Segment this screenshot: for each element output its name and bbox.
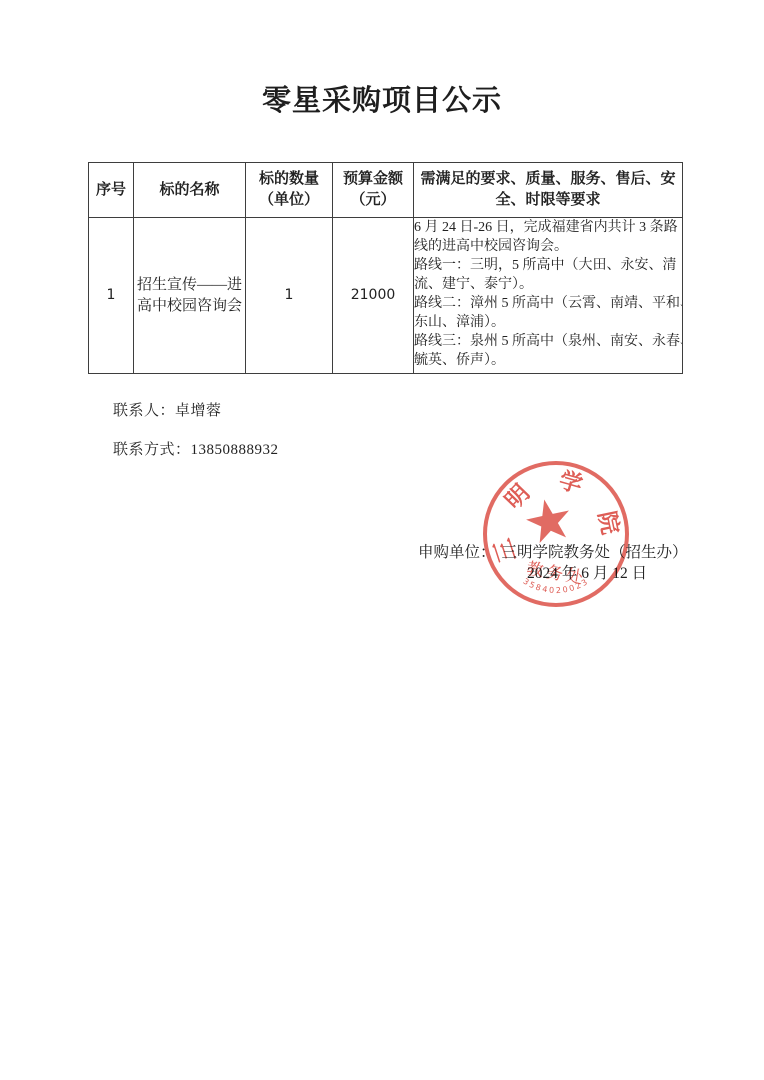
cell-quantity: 1 bbox=[246, 218, 333, 374]
seq-value: 1 bbox=[107, 287, 116, 303]
stamp-arc-char: 院 bbox=[594, 509, 623, 537]
requirement-line: 毓英、侨声）。 bbox=[414, 351, 682, 370]
procurement-table: 序号 标的名称 标的数量 （单位） 预算金额 （元） 需满足的要求、质量、服务、… bbox=[88, 162, 683, 374]
document-page: 零星采购项目公示 序号 标的名称 标的数量 （单位） 预算金额 （元） 需满足 bbox=[0, 0, 764, 1080]
contact-phone: 联系方式：13850888932 bbox=[113, 438, 279, 459]
col-header-budget: 预算金额 （元） bbox=[333, 163, 414, 218]
col-header-budget-line2: （元） bbox=[338, 190, 408, 211]
page-title: 零星采购项目公示 bbox=[0, 78, 764, 119]
col-header-name: 标的名称 bbox=[134, 163, 246, 218]
requirement-line: 路线三：泉州 5 所高中（泉州、南安、永春、 bbox=[414, 332, 682, 351]
col-header-quantity-line1: 标的数量 bbox=[251, 169, 327, 190]
col-header-requirements: 需满足的要求、质量、服务、售后、安全、时限等要求 bbox=[414, 163, 683, 218]
stamp-arc-char: 三 bbox=[490, 536, 521, 566]
requirement-line: 路线二：漳州 5 所高中（云霄、南靖、平和、 bbox=[414, 294, 682, 313]
cell-requirements: 6 月 24 日-26 日，完成福建省内共计 3 条路 线的进高中校园咨询会。 … bbox=[414, 218, 683, 374]
name-line1: 招生宣传——进 bbox=[134, 275, 245, 296]
col-header-budget-line1: 预算金额 bbox=[338, 169, 408, 190]
cell-budget: 21000 bbox=[333, 218, 414, 374]
requirement-line: 路线一：三明，5 所高中（大田、永安、清 bbox=[414, 256, 682, 275]
quantity-value: 1 bbox=[285, 287, 294, 303]
name-line2: 高中校园咨询会 bbox=[134, 296, 245, 317]
requirement-line: 东山、漳浦）。 bbox=[414, 313, 682, 332]
table-row: 1 招生宣传——进 高中校园咨询会 1 21000 6 月 24 日-26 日，… bbox=[89, 218, 683, 374]
requirement-line: 流、建宁、泰宁）。 bbox=[414, 275, 682, 294]
cell-seq: 1 bbox=[89, 218, 134, 374]
official-seal-stamp: 三 明 学 院 教务处 3584020023 bbox=[460, 438, 650, 628]
requirement-line: 6 月 24 日-26 日，完成福建省内共计 3 条路 bbox=[414, 218, 682, 237]
col-header-quantity-line2: （单位） bbox=[251, 190, 327, 211]
budget-value: 21000 bbox=[351, 287, 396, 303]
col-header-seq: 序号 bbox=[89, 163, 134, 218]
cell-name: 招生宣传——进 高中校园咨询会 bbox=[134, 218, 246, 374]
requirement-line: 线的进高中校园咨询会。 bbox=[414, 237, 682, 256]
stamp-star-icon bbox=[523, 495, 574, 545]
col-header-quantity: 标的数量 （单位） bbox=[246, 163, 333, 218]
stamp-arc-char: 学 bbox=[556, 466, 585, 497]
contact-person: 联系人：卓增蓉 bbox=[113, 399, 222, 420]
table-header-row: 序号 标的名称 标的数量 （单位） 预算金额 （元） 需满足的要求、质量、服务、… bbox=[89, 163, 683, 218]
